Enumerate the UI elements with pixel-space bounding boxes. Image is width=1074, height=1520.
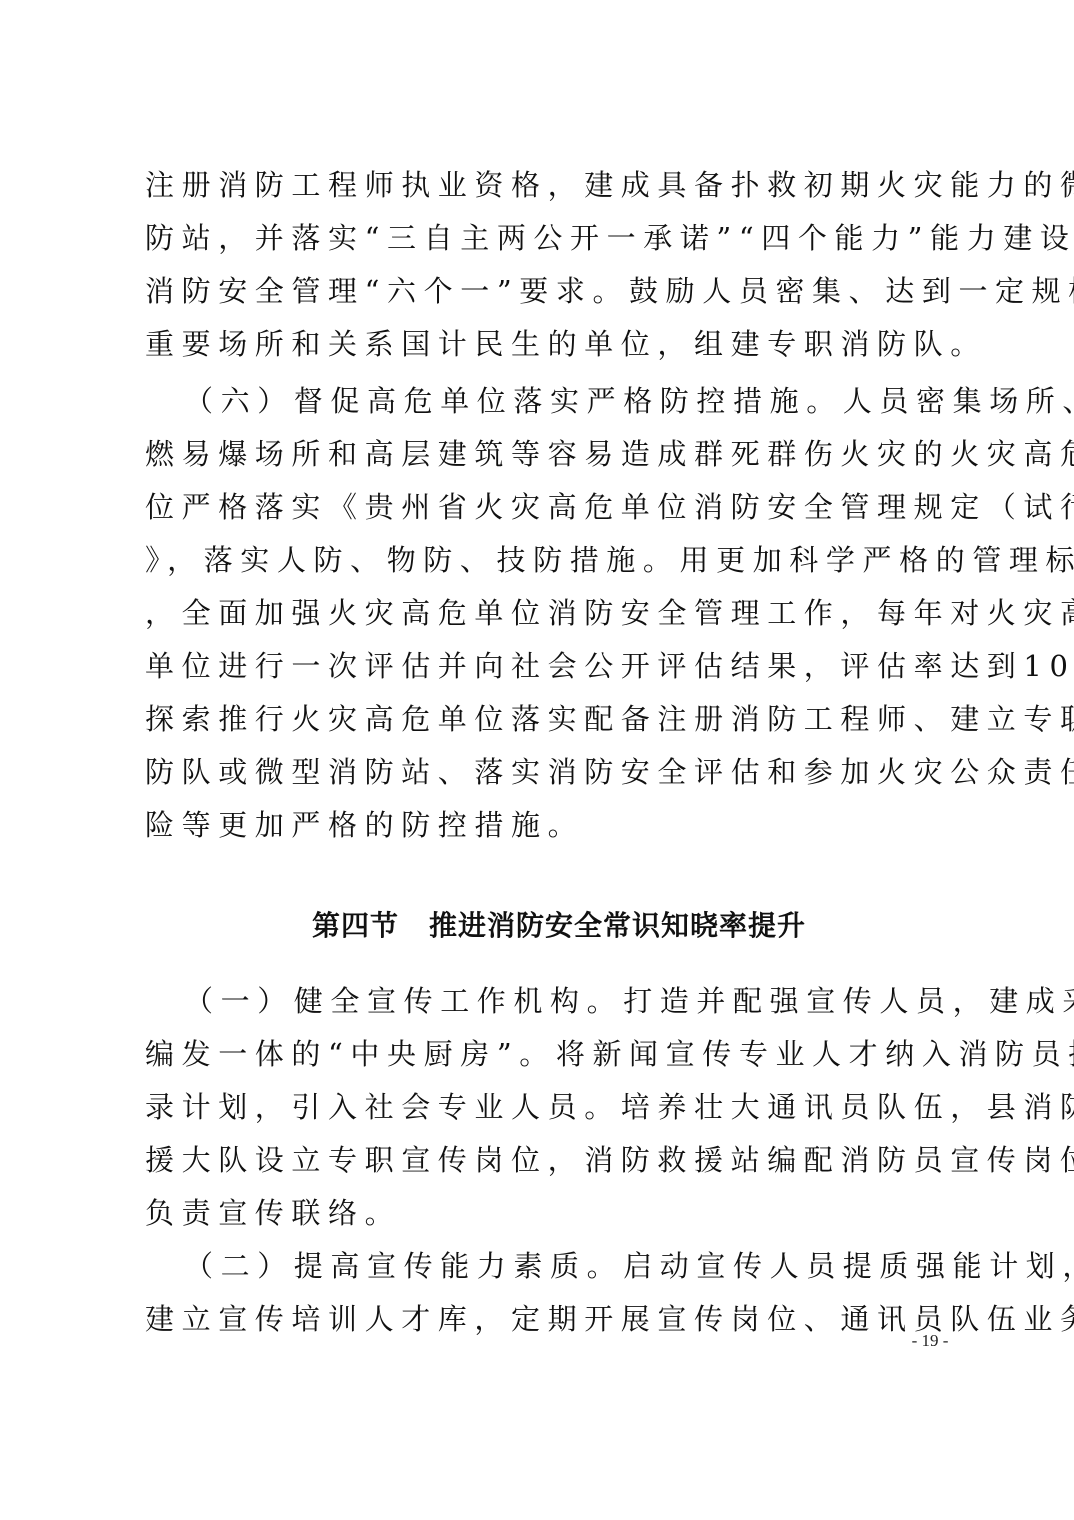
text-line: 录计划，引入社会专业人员。培养壮大通讯员队伍，县消防救 <box>145 1087 945 1127</box>
text-line: （六）督促高危单位落实严格防控措施。人员密集场所、易 <box>184 381 984 421</box>
page-number: - 19 - <box>900 1330 960 1352</box>
text-line: 注册消防工程师执业资格，建成具备扑救初期火灾能力的微型消 <box>145 165 945 205</box>
text-line: 探索推行火灾高危单位落实配备注册消防工程师、建立专职消 <box>145 699 945 739</box>
text-line: 燃易爆场所和高层建筑等容易造成群死群伤火灾的火灾高危单 <box>145 434 945 474</box>
text-line: 防站，并落实“三自主两公开一承诺”“四个能力”能力建设和 <box>145 218 945 258</box>
text-line: 重要场所和关系国计民生的单位，组建专职消防队。 <box>145 324 945 364</box>
text-line: ，全面加强火灾高危单位消防安全管理工作，每年对火灾高危 <box>145 593 945 633</box>
text-line: 建立宣传培训人才库，定期开展宣传岗位、通讯员队伍业务培 <box>145 1299 945 1339</box>
document-page: 注册消防工程师执业资格，建成具备扑救初期火灾能力的微型消 防站，并落实“三自主两… <box>0 0 1074 1520</box>
text-line: 防队或微型消防站、落实消防安全评估和参加火灾公众责任保 <box>145 752 945 792</box>
text-line: 单位进行一次评估并向社会公开评估结果，评估率达到100%。 <box>145 646 945 686</box>
section-number: 第四节 <box>312 909 399 942</box>
text-line: 编发一体的“中央厨房”。将新闻宣传专业人才纳入消防员招 <box>145 1034 945 1074</box>
text-line: 险等更加严格的防控措施。 <box>145 805 945 845</box>
section-heading: 第四节推进消防安全常识知晓率提升 <box>0 906 1074 946</box>
text-line: 负责宣传联络。 <box>145 1193 945 1233</box>
text-line: 位严格落实《贵州省火灾高危单位消防安全管理规定（试行） <box>145 487 945 527</box>
text-line: 消防安全管理“六个一”要求。鼓励人员密集、达到一定规模的 <box>145 271 945 311</box>
text-line: 》，落实人防、物防、技防措施。用更加科学严格的管理标准 <box>145 540 945 580</box>
section-title: 推进消防安全常识知晓率提升 <box>429 909 806 942</box>
text-line: 援大队设立专职宣传岗位，消防救援站编配消防员宣传岗位， <box>145 1140 945 1180</box>
text-line: （二）提高宣传能力素质。启动宣传人员提质强能计划， <box>184 1246 984 1286</box>
text-line: （一）健全宣传工作机构。打造并配强宣传人员，建成采 <box>184 981 984 1021</box>
